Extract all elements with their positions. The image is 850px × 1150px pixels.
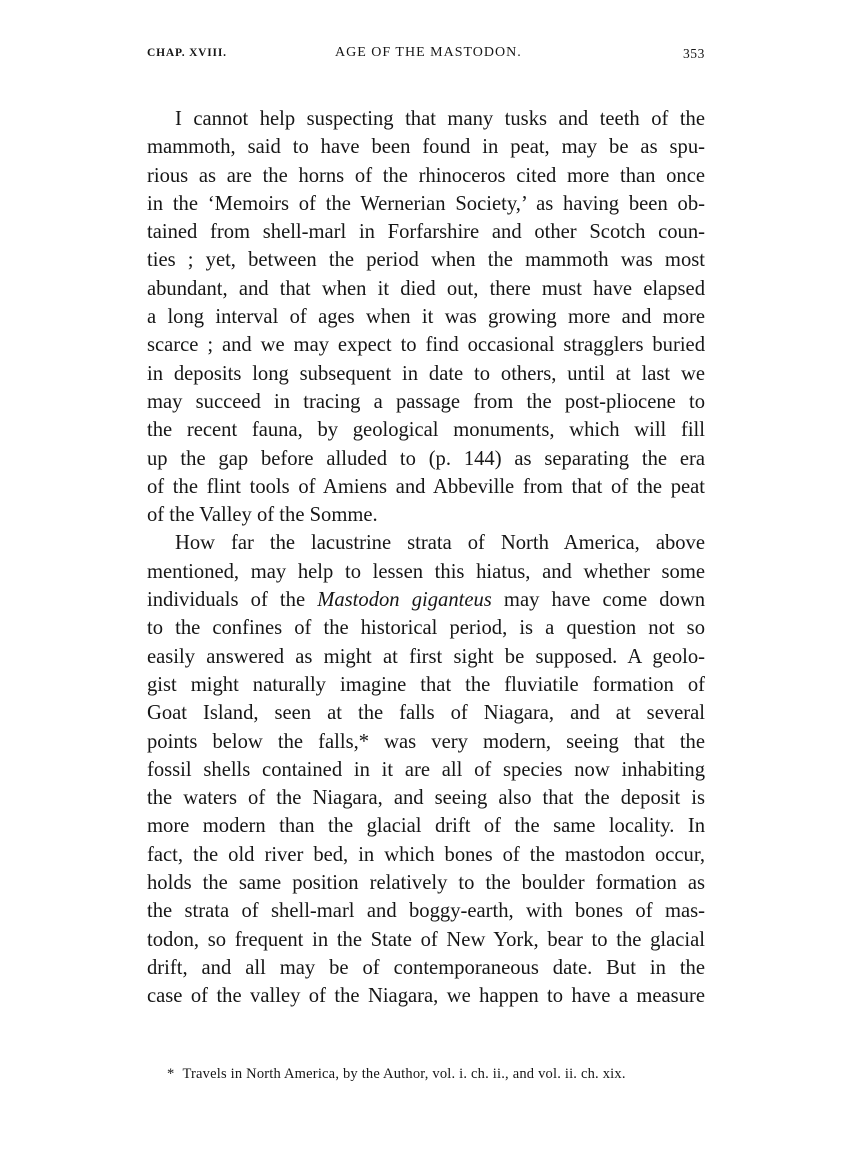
text-line: gist might naturally imagine that the fl… [147,671,705,699]
chapter-label: CHAP. XVIII. [147,47,227,59]
text-line: more modern than the glacial drift of th… [147,812,705,840]
text-line: easily answered as might at first sight … [147,643,705,671]
body-text: I cannot help suspecting that many tusks… [147,105,705,1011]
text-line: up the gap before alluded to (p. 144) as… [147,445,705,473]
paragraph-2: How far the lacustrine strata of North A… [147,529,705,1010]
running-title: AGE OF THE MASTODON. [335,45,522,61]
text-line: points below the falls,* was very modern… [147,728,705,756]
text-line: todon, so frequent in the State of New Y… [147,926,705,954]
footnote: *Travels in North America, by the Author… [167,1066,707,1083]
text-line: rious as are the horns of the rhinoceros… [147,162,705,190]
text-line: of the Valley of the Somme. [147,501,705,529]
text-line: of the flint tools of Amiens and Abbevil… [147,473,705,501]
text-segment: may have come down [492,589,705,611]
text-line: holds the same position relatively to th… [147,869,705,897]
text-line: I cannot help suspecting that many tusks… [147,105,705,133]
text-line: tained from shell-marl in Forfarshire an… [147,218,705,246]
text-line: in the ‘Memoirs of the Wernerian Society… [147,190,705,218]
text-line: fossil shells contained in it are all of… [147,756,705,784]
text-line: How far the lacustrine strata of North A… [147,529,705,557]
text-line-with-italic: individuals of the Mastodon giganteus ma… [147,586,705,614]
text-line: abundant, and that when it died out, the… [147,275,705,303]
text-line: fact, the old river bed, in which bones … [147,841,705,869]
footnote-text: Travels in North America, by the Author,… [182,1066,625,1082]
text-line: mammoth, said to have been found in peat… [147,133,705,161]
text-line: may succeed in tracing a passage from th… [147,388,705,416]
text-line: scarce ; and we may expect to find occas… [147,331,705,359]
running-head: CHAP. XVIII. AGE OF THE MASTODON. 353 [147,45,705,65]
text-line: drift, and all may be of contemporaneous… [147,954,705,982]
text-line: the recent fauna, by geological monument… [147,416,705,444]
text-line: in deposits long subsequent in date to o… [147,360,705,388]
text-line: ties ; yet, between the period when the … [147,246,705,274]
text-line: case of the valley of the Niagara, we ha… [147,982,705,1010]
text-line: the waters of the Niagara, and seeing al… [147,784,705,812]
paragraph-1: I cannot help suspecting that many tusks… [147,105,705,529]
footnote-asterisk-icon: * [167,1066,174,1082]
text-line: a long interval of ages when it was grow… [147,303,705,331]
species-name-italic: Mastodon giganteus [317,589,492,611]
text-line: the strata of shell-marl and boggy-earth… [147,897,705,925]
text-line: mentioned, may help to lessen this hiatu… [147,558,705,586]
text-line: to the confines of the historical period… [147,614,705,642]
text-segment: individuals of the [147,589,317,611]
text-line: Goat Island, seen at the falls of Niagar… [147,699,705,727]
page-number: 353 [683,46,705,62]
